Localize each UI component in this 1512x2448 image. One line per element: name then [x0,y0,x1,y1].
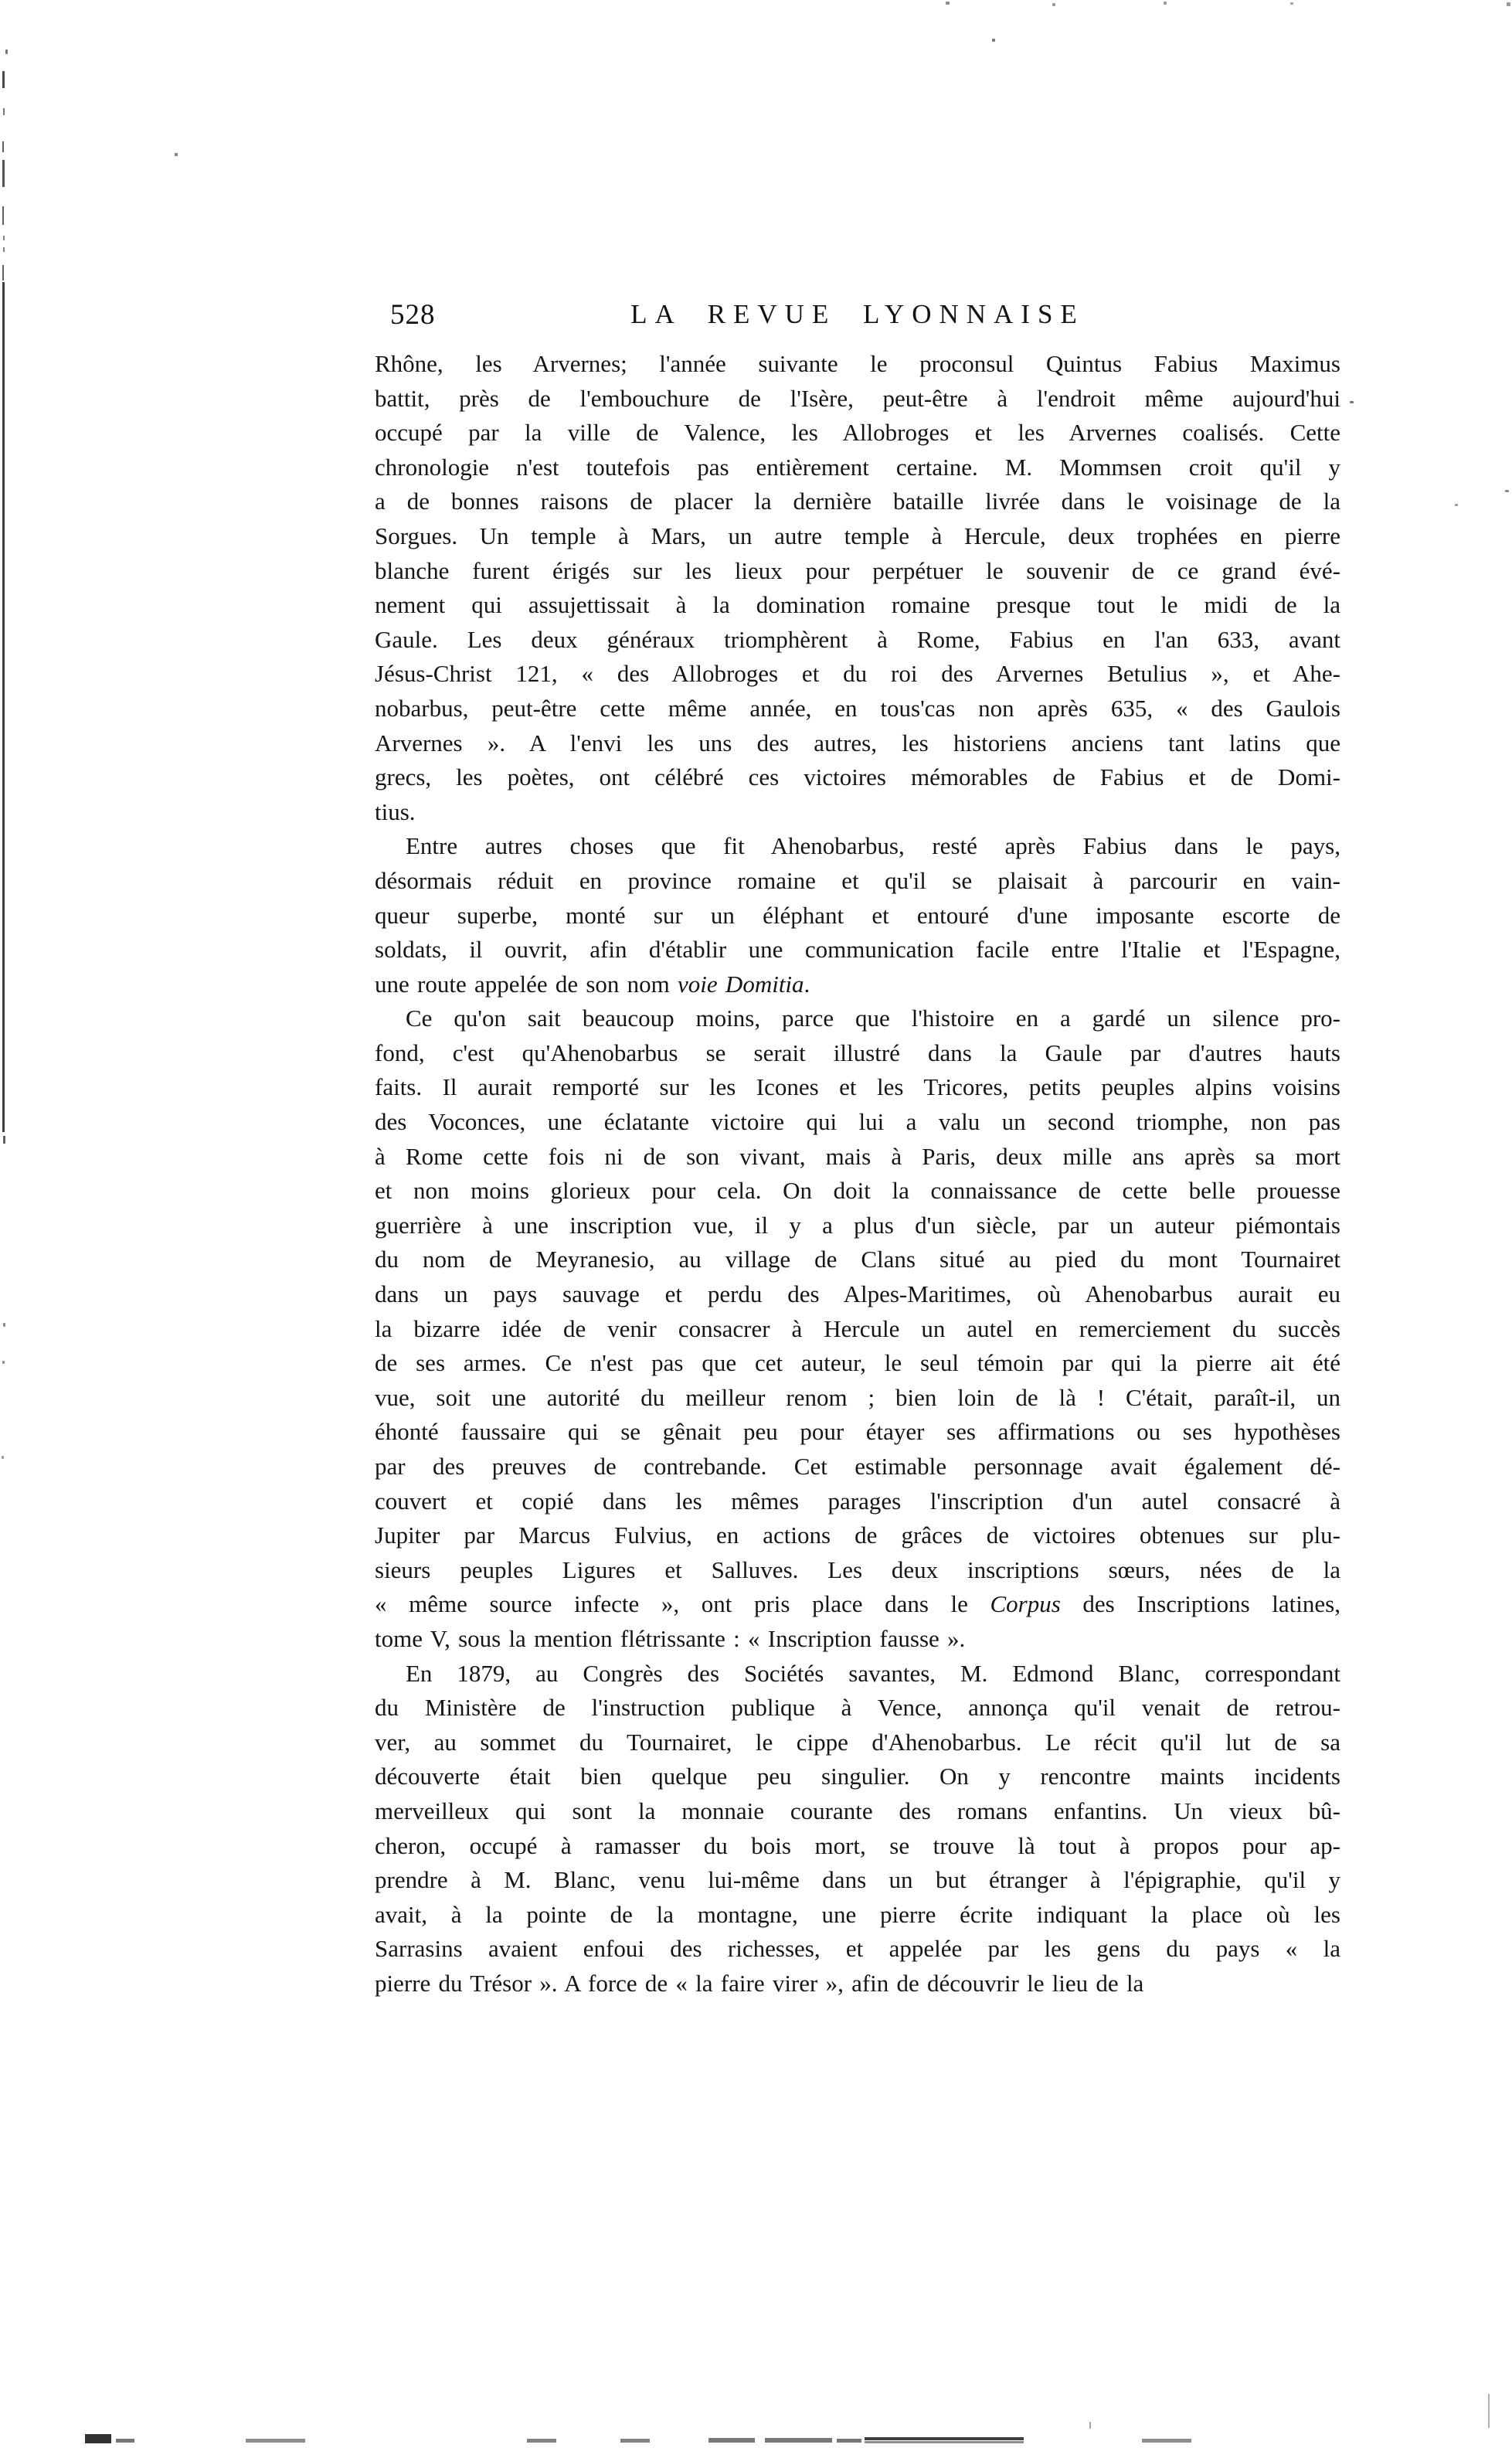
scan-edge-dash [2,71,5,88]
text-line: Sorgues. Un temple à Mars, un autre temp… [375,519,1340,554]
page-header: 528 LA REVUE LYONNAISE [0,298,1512,335]
scan-edge-dash [2,160,5,187]
scan-speck [1505,490,1509,492]
scan-speck [1290,2,1293,5]
scan-bottom-dash [765,2438,832,2443]
text-line: faits. Il aurait remporté sur les Icones… [375,1070,1340,1105]
text-line: avait, à la pointe de la montagne, une p… [375,1898,1340,1933]
scan-edge-dash [3,108,5,115]
text-line: du Ministère de l'instruction publique à… [375,1691,1340,1725]
text-line: grecs, les poètes, ont célébré ces victo… [375,760,1340,795]
text-line: Gaule. Les deux généraux triomphèrent à … [375,623,1340,658]
scan-edge-line [2,282,5,1132]
scan-bottom-dash [527,2439,556,2443]
text-line: des Voconces, une éclatante victoire qui… [375,1105,1340,1140]
text-line: chronologie n'est toutefois pas entièrem… [375,450,1340,485]
body-text: Rhône, les Arvernes; l'année suivante le… [375,347,1340,2001]
text-line: blanche furent érigés sur les lieux pour… [375,554,1340,589]
text-line: couvert et copié dans les mêmes parages … [375,1484,1340,1519]
text-line: occupé par la ville de Valence, les Allo… [375,416,1340,450]
scan-speck [1455,504,1458,506]
scan-speck [1164,2,1167,5]
text-line: dans un pays sauvage et perdu des Alpes-… [375,1277,1340,1312]
scanned-page: 528 LA REVUE LYONNAISE Rhône, les Arvern… [0,0,1512,2448]
scan-speck [3,1323,5,1327]
text-line: nement qui assujettissait à la dominatio… [375,588,1340,623]
text-line: prendre à M. Blanc, venu lui-même dans u… [375,1863,1340,1898]
text-line: vue, soit une autorité du meilleur renom… [375,1381,1340,1416]
scan-edge-dash [3,236,5,240]
text-line: tius. [375,795,1340,830]
text-line: Entre autres choses que fit Ahenobarbus,… [375,829,1340,864]
text-line: « même source infecte », ont pris place … [375,1587,1340,1622]
scan-speck [1089,2422,1091,2429]
text-line: découverte était bien quelque peu singul… [375,1759,1340,1794]
text-line: En 1879, au Congrès des Sociétés savante… [375,1657,1340,1691]
scan-edge-dash [2,265,4,280]
scan-bottom-dash [620,2439,650,2443]
scan-speck [992,39,995,42]
scan-edge-line-right [1488,2394,1490,2428]
scan-speck [1052,3,1055,6]
scan-speck [1507,2,1510,6]
text-line: queur superbe, monté sur un éléphant et … [375,899,1340,933]
text-line: une route appelée de son nom voie Domiti… [375,967,1340,1002]
text-line: Jupiter par Marcus Fulvius, en actions d… [375,1518,1340,1553]
text-line: à Rome cette fois ni de son vivant, mais… [375,1140,1340,1175]
text-line: du nom de Meyranesio, au village de Clan… [375,1243,1340,1277]
text-line: par des preuves de contrebande. Cet esti… [375,1450,1340,1484]
scan-speck [5,49,8,54]
text-line: tome V, sous la mention flétrissante : «… [375,1622,1340,1657]
scan-speck [2,1456,4,1459]
text-line: éhonté faussaire qui se gênait peu pour … [375,1415,1340,1450]
text-line: a de bonnes raisons de placer la dernièr… [375,484,1340,519]
text-line: de ses armes. Ce n'est pas que cet auteu… [375,1346,1340,1381]
text-line: Arvernes ». A l'envi les uns des autres,… [375,726,1340,761]
scan-speck [2,1361,5,1364]
scan-speck [946,2,950,5]
text-line: battit, près de l'embouchure de l'Isère,… [375,382,1340,416]
scan-bottom-dash [116,2439,134,2443]
text-line: soldats, il ouvrit, afin d'établir une c… [375,933,1340,967]
text-line: fond, c'est qu'Ahenobarbus se serait ill… [375,1036,1340,1071]
scan-bottom-dash [865,2437,1024,2440]
text-line: la bizarre idée de venir consacrer à Her… [375,1312,1340,1347]
scan-speck [1350,401,1354,403]
scan-edge-dash [3,1136,5,1144]
scan-speck [175,153,178,156]
text-line: cheron, occupé à ramasser du bois mort, … [375,1829,1340,1864]
text-line: sieurs peuples Ligures et Salluves. Les … [375,1553,1340,1588]
text-line: pierre du Trésor ». A force de « la fair… [375,1967,1340,2001]
scan-bottom-dash [708,2438,755,2443]
scan-edge-dash [2,206,4,225]
text-line: Rhône, les Arvernes; l'année suivante le… [375,347,1340,382]
text-line: Jésus-Christ 121, « des Allobroges et du… [375,657,1340,692]
text-line: nobarbus, peut-être cette même année, en… [375,692,1340,726]
scan-edge-dash [2,141,4,152]
text-line: Sarrasins avaient enfoui des richesses, … [375,1932,1340,1967]
text-line: et non moins glorieux pour cela. On doit… [375,1174,1340,1209]
journal-title: LA REVUE LYONNAISE [375,299,1340,330]
scan-bottom-dash [837,2439,861,2443]
scan-bottom-dash [865,2441,1024,2443]
text-line: merveilleux qui sont la monnaie courante… [375,1794,1340,1829]
scan-bottom-dash [85,2434,111,2443]
text-line: Ce qu'on sait beaucoup moins, parce que … [375,1001,1340,1036]
scan-bottom-dash [246,2439,305,2443]
scan-bottom-dash [1142,2439,1191,2443]
text-line: désormais réduit en province romaine et … [375,864,1340,899]
scan-edge-dash [3,247,5,252]
text-line: guerrière à une inscription vue, il y a … [375,1209,1340,1243]
text-line: ver, au sommet du Tournairet, le cippe d… [375,1725,1340,1760]
